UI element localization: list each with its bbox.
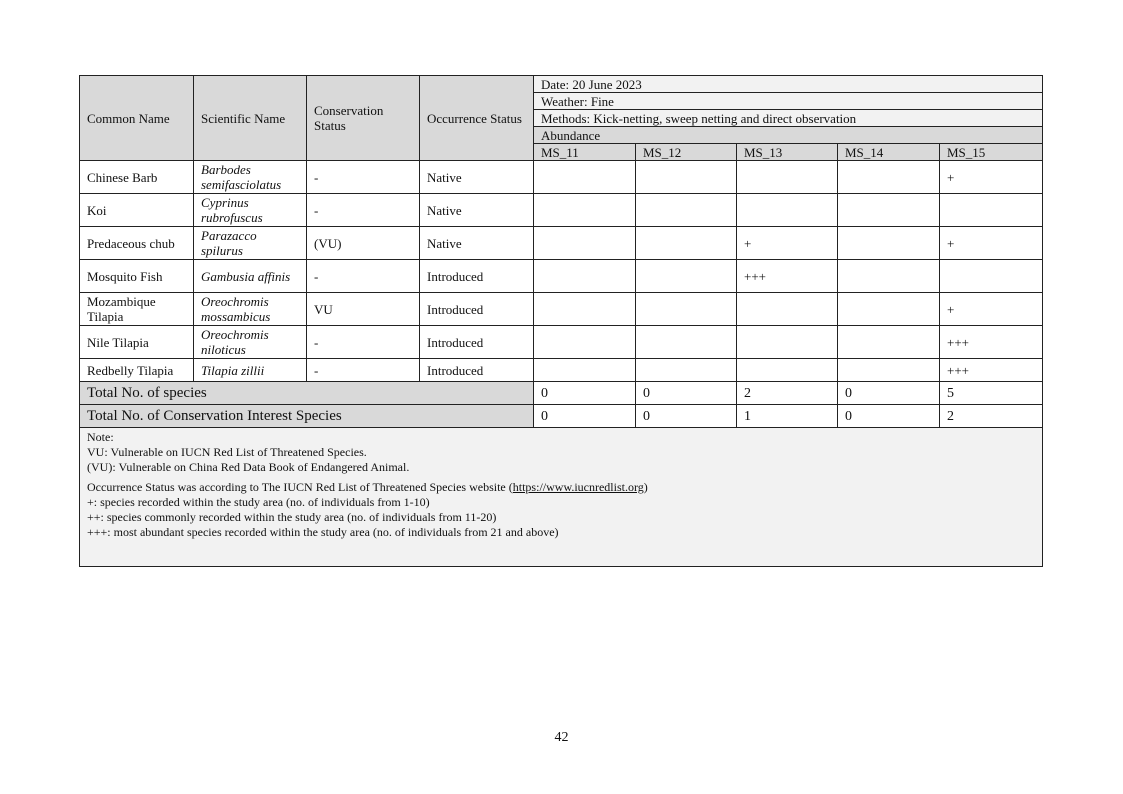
abundance-cell [737, 326, 838, 359]
abundance-cell [838, 161, 940, 194]
note-vu: VU: Vulnerable on IUCN Red List of Threa… [87, 445, 1035, 460]
abundance-cell [838, 359, 940, 382]
header-site: MS_12 [636, 144, 737, 161]
common-name: Mozambique Tilapia [80, 293, 194, 326]
page-number: 42 [0, 730, 1123, 746]
conservation-status: - [307, 359, 420, 382]
table-row: Predaceous chubParazacco spilurus(VU)Nat… [80, 227, 1043, 260]
abundance-cell [534, 293, 636, 326]
conservation-status: - [307, 161, 420, 194]
occurrence-status: Native [420, 227, 534, 260]
abundance-cell: + [940, 227, 1043, 260]
abundance-cell [534, 161, 636, 194]
totals-value: 0 [838, 382, 940, 405]
abundance-cell [737, 359, 838, 382]
header-conservation-status: Conservation Status [307, 76, 420, 161]
iucn-link[interactable]: https://www.iucnredlist.org [513, 480, 644, 494]
table-row: Mozambique TilapiaOreochromis mossambicu… [80, 293, 1043, 326]
totals-value: 0 [534, 405, 636, 428]
note-vu-china: (VU): Vulnerable on China Red Data Book … [87, 460, 1035, 475]
scientific-name: Gambusia affinis [194, 260, 307, 293]
table-row: Nile TilapiaOreochromis niloticus-Introd… [80, 326, 1043, 359]
header-methods: Methods: Kick-netting, sweep netting and… [534, 110, 1043, 127]
totals-value: 0 [838, 405, 940, 428]
abundance-cell: + [940, 293, 1043, 326]
abundance-cell [534, 260, 636, 293]
abundance-cell [534, 194, 636, 227]
totals-value: 2 [940, 405, 1043, 428]
abundance-cell: + [940, 161, 1043, 194]
common-name: Predaceous chub [80, 227, 194, 260]
scientific-name: Barbodes semifasciolatus [194, 161, 307, 194]
header-site: MS_15 [940, 144, 1043, 161]
abundance-cell [838, 260, 940, 293]
abundance-legend-item: ++: species commonly recorded within the… [87, 510, 1035, 525]
header-occurrence-status: Occurrence Status [420, 76, 534, 161]
header-weather: Weather: Fine [534, 93, 1043, 110]
totals-value: 0 [636, 405, 737, 428]
abundance-cell: +++ [940, 359, 1043, 382]
fish-survey-table: Common Name Scientific Name Conservation… [79, 75, 1043, 567]
abundance-cell [636, 227, 737, 260]
header-site: MS_13 [737, 144, 838, 161]
totals-label: Total No. of species [80, 382, 534, 405]
occurrence-status: Introduced [420, 326, 534, 359]
conservation-status: - [307, 326, 420, 359]
totals-row: Total No. of species00205 [80, 382, 1043, 405]
note-occurrence-source: Occurrence Status was according to The I… [87, 480, 1035, 495]
occurrence-text: Occurrence Status was according to The I… [87, 480, 513, 494]
abundance-cell [534, 359, 636, 382]
occurrence-status: Native [420, 161, 534, 194]
scientific-name: Oreochromis mossambicus [194, 293, 307, 326]
totals-value: 0 [636, 382, 737, 405]
abundance-cell: +++ [940, 326, 1043, 359]
table-row: Mosquito FishGambusia affinis-Introduced… [80, 260, 1043, 293]
scientific-name: Parazacco spilurus [194, 227, 307, 260]
common-name: Redbelly Tilapia [80, 359, 194, 382]
scientific-name: Tilapia zillii [194, 359, 307, 382]
abundance-cell [636, 260, 737, 293]
abundance-cell [838, 227, 940, 260]
occurrence-status: Introduced [420, 293, 534, 326]
totals-value: 0 [534, 382, 636, 405]
common-name: Mosquito Fish [80, 260, 194, 293]
abundance-cell [838, 326, 940, 359]
common-name: Koi [80, 194, 194, 227]
scientific-name: Oreochromis niloticus [194, 326, 307, 359]
abundance-cell: +++ [737, 260, 838, 293]
abundance-cell [737, 293, 838, 326]
abundance-cell [838, 293, 940, 326]
header-scientific-name: Scientific Name [194, 76, 307, 161]
table-row: Chinese BarbBarbodes semifasciolatus-Nat… [80, 161, 1043, 194]
conservation-status: - [307, 194, 420, 227]
abundance-cell [838, 194, 940, 227]
conservation-status: VU [307, 293, 420, 326]
abundance-cell: + [737, 227, 838, 260]
occurrence-status: Introduced [420, 260, 534, 293]
abundance-cell [636, 326, 737, 359]
common-name: Nile Tilapia [80, 326, 194, 359]
header-site: MS_11 [534, 144, 636, 161]
conservation-status: - [307, 260, 420, 293]
abundance-cell [636, 194, 737, 227]
abundance-cell [636, 359, 737, 382]
totals-row: Total No. of Conservation Interest Speci… [80, 405, 1043, 428]
abundance-cell [636, 293, 737, 326]
scientific-name: Cyprinus rubrofuscus [194, 194, 307, 227]
occurrence-status: Introduced [420, 359, 534, 382]
abundance-legend-item: +: species recorded within the study are… [87, 495, 1035, 510]
notes-cell: Note:VU: Vulnerable on IUCN Red List of … [80, 428, 1043, 567]
abundance-cell [534, 326, 636, 359]
abundance-cell [940, 194, 1043, 227]
abundance-cell [940, 260, 1043, 293]
abundance-cell [737, 161, 838, 194]
abundance-cell [636, 161, 737, 194]
header-abundance: Abundance [534, 127, 1043, 144]
totals-label: Total No. of Conservation Interest Speci… [80, 405, 534, 428]
totals-value: 1 [737, 405, 838, 428]
occurrence-status: Native [420, 194, 534, 227]
table-row: Redbelly TilapiaTilapia zillii-Introduce… [80, 359, 1043, 382]
totals-value: 2 [737, 382, 838, 405]
header-site: MS_14 [838, 144, 940, 161]
note-title: Note: [87, 430, 1035, 445]
totals-value: 5 [940, 382, 1043, 405]
abundance-cell [534, 227, 636, 260]
header-common-name: Common Name [80, 76, 194, 161]
table-row: KoiCyprinus rubrofuscus-Native [80, 194, 1043, 227]
abundance-legend-item: +++: most abundant species recorded with… [87, 525, 1035, 540]
common-name: Chinese Barb [80, 161, 194, 194]
abundance-cell [737, 194, 838, 227]
header-date: Date: 20 June 2023 [534, 76, 1043, 93]
occurrence-text-end: ) [644, 480, 648, 494]
conservation-status: (VU) [307, 227, 420, 260]
